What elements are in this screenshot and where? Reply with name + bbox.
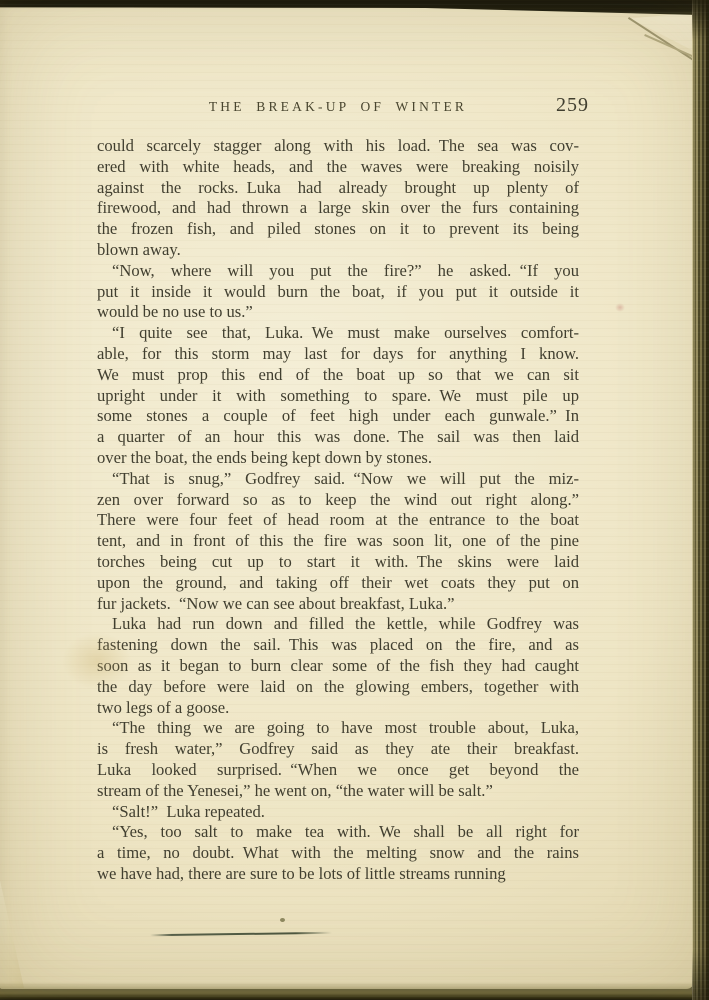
text-line: a time, no doubt. What with the melting … [97,843,579,864]
book-page: THE BREAK-UP OF WINTER 259 could scarcel… [0,7,695,989]
text-line: blown away. [97,240,579,261]
stain-mark [615,303,625,312]
text-line: fastening down the sail. This was placed… [97,635,579,656]
text-line: upon the ground, and taking off their we… [97,573,579,594]
paragraph: “Yes, too salt to make tea with. We shal… [97,822,579,884]
text-line: some stones a couple of feet high under … [97,406,579,427]
text-line: fur jackets. “Now we can see about break… [97,594,579,615]
pencil-line-mark [150,932,332,937]
paragraph: Luka had run down and filled the kettle,… [97,614,579,718]
text-line: we have had, there are sure to be lots o… [97,864,579,885]
text-line: There were four feet of head room at the… [97,510,579,531]
text-line: We must prop this end of the boat up so … [97,365,579,386]
text-line: two legs of a goose. [97,698,579,719]
text-line: the frozen fish, and piled stones on it … [97,219,579,240]
page-header: THE BREAK-UP OF WINTER 259 [97,99,579,121]
page-body: could scarcely stagger along with his lo… [97,136,579,885]
paragraph: “The thing we are going to have most tro… [97,718,579,801]
text-line: zen over forward so as to keep the wind … [97,490,579,511]
paragraph: could scarcely stagger along with his lo… [97,136,579,261]
text-line: firewood, and had thrown a large skin ov… [97,198,579,219]
paragraph: “Salt!” Luka repeated. [97,802,579,823]
page-number: 259 [556,94,589,117]
text-line: “Now, where will you put the fire?” he a… [97,261,579,282]
text-line: “I quite see that, Luka. We must make ou… [97,323,579,344]
text-line: upright under it with something to spare… [97,386,579,407]
text-line: over the boat, the ends being kept down … [97,448,579,469]
text-line: “Yes, too salt to make tea with. We shal… [97,822,579,843]
paragraph: “That is snug,” Godfrey said. “Now we wi… [97,469,579,615]
text-line: “Salt!” Luka repeated. [97,802,579,823]
text-line: able, for this storm may last for days f… [97,344,579,365]
text-line: is fresh water,” Godfrey said as they at… [97,739,579,760]
text-line: ered with white heads, and the waves wer… [97,157,579,178]
text-line: a quarter of an hour this was done. The … [97,427,579,448]
stain-mark [62,632,132,690]
running-title: THE BREAK-UP OF WINTER [97,99,579,115]
page-edge-stack [692,0,709,1000]
text-line: Luka had run down and filled the kettle,… [97,614,579,635]
text-line: “That is snug,” Godfrey said. “Now we wi… [97,469,579,490]
book-scan: THE BREAK-UP OF WINTER 259 could scarcel… [0,0,709,1000]
text-line: stream of the Yenesei,” he went on, “the… [97,781,579,802]
text-line: Luka looked surprised. “When we once get… [97,760,579,781]
paragraph: “Now, where will you put the fire?” he a… [97,261,579,323]
text-line: put it inside it would burn the boat, if… [97,282,579,303]
text-line: would be no use to us.” [97,302,579,323]
text-line: against the rocks. Luka had already brou… [97,178,579,199]
text-line: torches being cut up to start it with. T… [97,552,579,573]
text-line: tent, and in front of this the fire was … [97,531,579,552]
text-line: “The thing we are going to have most tro… [97,718,579,739]
text-line: could scarcely stagger along with his lo… [97,136,579,157]
text-line: the day before were laid on the glowing … [97,677,579,698]
ink-dot-mark [280,918,285,922]
text-line: soon as it began to burn clear some of t… [97,656,579,677]
book-bottom-edge [0,982,709,1000]
paragraph: “I quite see that, Luka. We must make ou… [97,323,579,469]
